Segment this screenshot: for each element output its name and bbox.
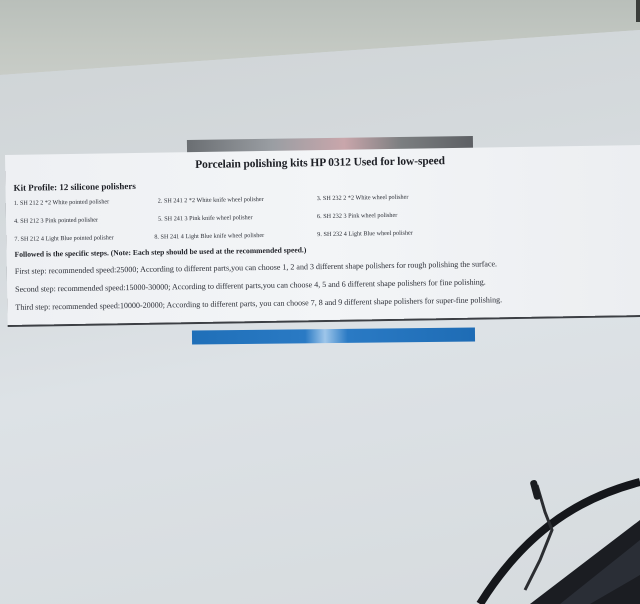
list-item: 4. SH 212 3 Pink pointed polisher — [14, 217, 98, 225]
list-item: 9. SH 232 4 Light Blue wheel polisher — [317, 230, 413, 239]
steps-heading: Followed is the specific steps. (Note: E… — [14, 245, 306, 259]
list-item: 5. SH 241 3 Pink knife wheel polisher — [158, 214, 253, 222]
list-item: 3. SH 232 2 *2 White wheel polisher — [317, 194, 409, 202]
step-line: First step: recommended speed:25000; Acc… — [15, 259, 497, 276]
list-item: 1. SH 212 2 *2 White pointed polisher — [14, 198, 110, 206]
label-title: Porcelain polishing kits HP 0312 Used fo… — [195, 155, 445, 171]
list-item: 7. SH 212 4 Light Blue pointed polisher — [14, 234, 113, 243]
list-item: 6. SH 232 3 Pink wheel polisher — [317, 212, 397, 220]
step-line: Third step: recommended speed:10000-2000… — [15, 295, 502, 312]
list-item: 8. SH 241 4 Light Blue knife wheel polis… — [154, 232, 264, 241]
step-line: Second step: recommended speed:15000-300… — [15, 277, 486, 293]
list-item: 2. SH 241 2 *2 White knife wheel polishe… — [158, 196, 264, 205]
blue-strip — [192, 328, 475, 345]
wall-edge — [636, 0, 640, 22]
product-label: Porcelain polishing kits HP 0312 Used fo… — [5, 145, 640, 325]
kit-profile: Kit Profile: 12 silicone polishers — [13, 181, 135, 193]
